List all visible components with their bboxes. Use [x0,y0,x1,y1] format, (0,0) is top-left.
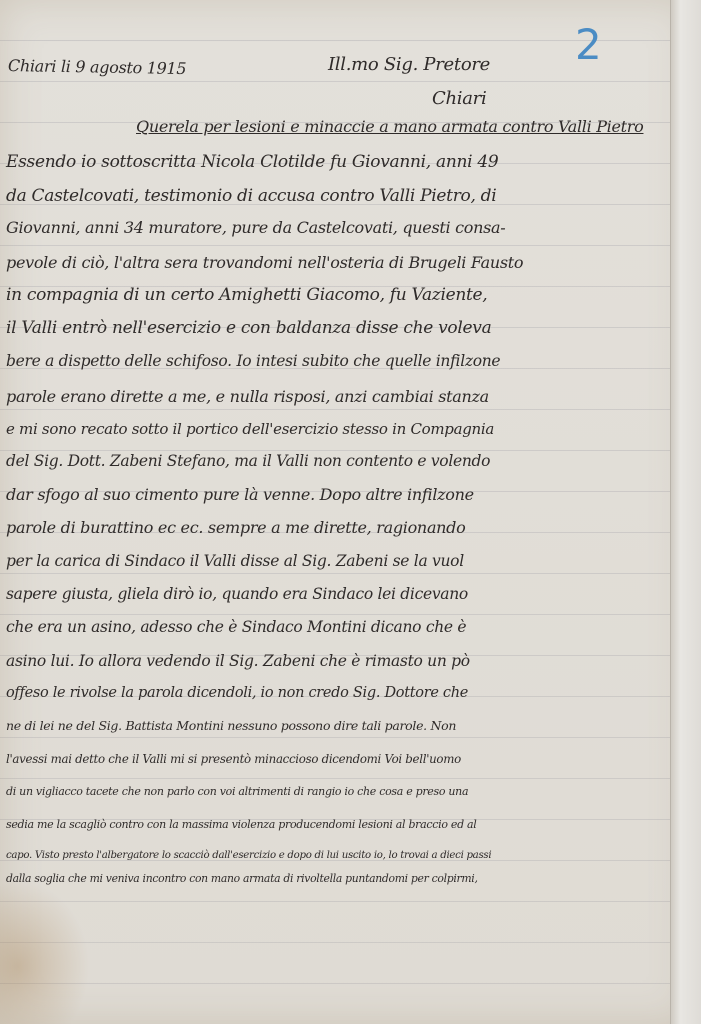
body-line: di un vigliacco tacete che non parlo con… [6,785,468,798]
body-line: del Sig. Dott. Zabeni Stefano, ma il Val… [6,452,490,470]
body-line: sedia me la scagliò contro con la massim… [6,818,476,831]
body-line: sapere giusta, gliela dirò io, quando er… [6,585,468,603]
body-line: per la carica di Sindaco il Valli disse … [6,552,464,570]
body-line: Essendo io sottoscritta Nicola Clotilde … [6,152,498,172]
paper-stain [0,880,90,1024]
body-line: che era un asino, adesso che è Sindaco M… [6,618,466,636]
body-line: parole erano dirette a me, e nulla rispo… [6,387,489,406]
document-page: 2 Chiari li 9 agosto 1915 Ill.mo Sig. Pr… [0,0,690,1024]
body-line: pevole di ciò, l'altra sera trovandomi n… [6,253,523,272]
body-line: parole di burattino ec ec. sempre a me d… [6,518,465,537]
place-date: Chiari li 9 agosto 1915 [8,56,187,78]
body-line: da Castelcovati, testimonio di accusa co… [6,186,496,206]
body-line: l'avessi mai detto che il Valli mi si pr… [6,752,461,766]
addressee-line1: Ill.mo Sig. Pretore [328,54,490,75]
body-line: ne di lei ne del Sig. Battista Montini n… [6,718,456,733]
body-line: in compagnia di un certo Amighetti Giaco… [6,285,487,305]
addressee-line2: Chiari [432,88,486,109]
body-line: il Valli entrò nell'esercizio e con bald… [6,318,491,338]
body-line: capo. Visto presto l'albergatore lo scac… [6,850,491,861]
body-line: bere a dispetto delle schifoso. Io intes… [6,352,500,370]
body-line: dalla soglia che mi veniva incontro con … [6,872,478,885]
body-line: dar sfogo al suo cimento pure là venne. … [6,485,474,504]
subject-line: Querela per lesioni e minaccie a mano ar… [136,117,643,136]
body-line: e mi sono recato sotto il portico dell'e… [6,420,494,438]
body-line: Giovanni, anni 34 muratore, pure da Cast… [6,218,505,237]
body-line: offeso le rivolse la parola dicendoli, i… [6,685,468,701]
body-line: asino lui. Io allora vedendo il Sig. Zab… [6,652,470,670]
page-edge [670,0,701,1024]
folio-number: 2 [575,20,602,69]
